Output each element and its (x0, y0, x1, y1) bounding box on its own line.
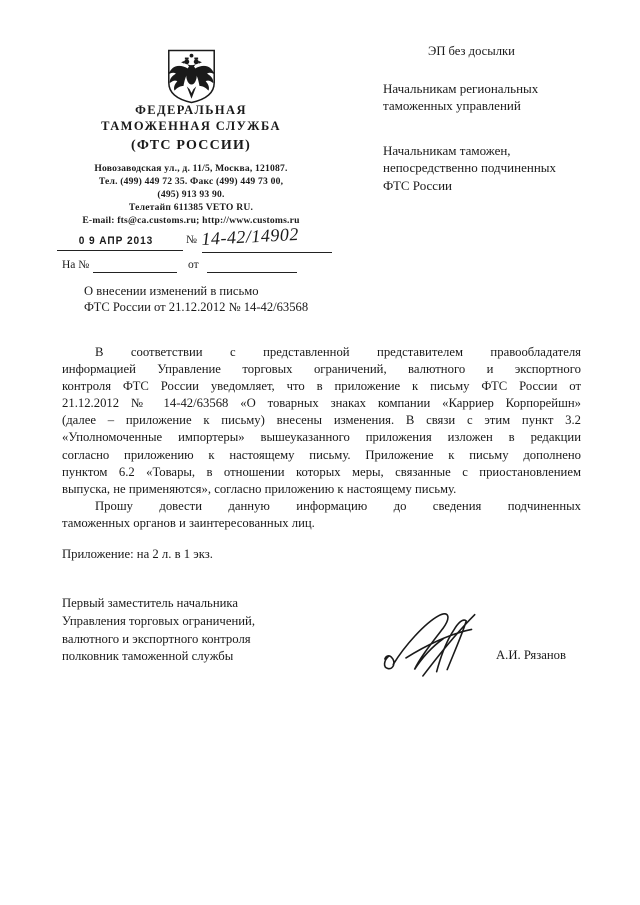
org-header: ФЕДЕРАЛЬНАЯ ТАМОЖЕННАЯ СЛУЖБА (ФТС РОССИ… (30, 103, 352, 154)
body-line: согласно приложению к настоящему письму.… (62, 447, 581, 464)
address-line: (495) 913 93 90. (30, 189, 352, 202)
org-name-line2: ТАМОЖЕННАЯ СЛУЖБА (30, 119, 352, 135)
addressee-line: ФТС России (383, 177, 593, 194)
body-line: таможенных органов и заинтересованных ли… (62, 515, 581, 532)
addressee-line: таможенных управлений (383, 97, 583, 114)
body-line: информацией Управление торговых ограниче… (62, 361, 581, 378)
addressee-regional: Начальникам региональных таможенных упра… (383, 80, 583, 115)
letter-page: ФЕДЕРАЛЬНАЯ ТАМОЖЕННАЯ СЛУЖБА (ФТС РОССИ… (0, 0, 640, 905)
subject-line: О внесении изменений в письмо (84, 283, 384, 299)
addressee-line: Начальникам региональных (383, 80, 583, 97)
addressee-line: Начальникам таможен, (383, 142, 593, 159)
body-line: (далее – приложение к письму) внесены из… (62, 412, 581, 429)
address-line: Тел. (499) 449 72 35. Факс (499) 449 73 … (30, 176, 352, 189)
org-address-block: Новозаводская ул., д. 11/5, Москва, 1210… (30, 163, 352, 228)
electronic-dispatch-note: ЭП без досылки (428, 44, 515, 59)
signer-position-line: Управления торговых ограничений, (62, 613, 322, 631)
date-underline (57, 250, 183, 251)
addressee-line: непосредственно подчиненных (383, 159, 593, 176)
attachment-note: Приложение: на 2 л. в 1 экз. (62, 547, 213, 562)
ref-number-underline (93, 272, 177, 273)
addressee-customs: Начальникам таможен, непосредственно под… (383, 142, 593, 194)
number-sign: № (186, 234, 197, 246)
letter-body: В соответствии с представленной представ… (62, 344, 581, 532)
signer-position-line: Первый заместитель начальника (62, 595, 322, 613)
ref-date-underline (207, 272, 297, 273)
address-line: Телетайп 611385 VETO RU. (30, 202, 352, 215)
handwritten-signature-icon (378, 603, 490, 677)
date-stamp: 0 9 АПР 2013 (58, 235, 174, 247)
russia-coat-of-arms-icon (165, 48, 218, 104)
org-name-line1: ФЕДЕРАЛЬНАЯ (30, 103, 352, 119)
signer-name: А.И. Рязанов (496, 648, 566, 663)
number-underline (202, 252, 332, 253)
address-line: Новозаводская ул., д. 11/5, Москва, 1210… (30, 163, 352, 176)
body-line: «Уполномоченные импортеры» вышеуказанног… (62, 429, 581, 446)
ref-number-label: На № (62, 259, 89, 271)
body-line: В соответствии с представленной представ… (62, 344, 581, 361)
signer-position-line: полковник таможенной службы (62, 648, 322, 666)
org-short-name: (ФТС РОССИИ) (30, 138, 352, 154)
signer-position: Первый заместитель начальника Управления… (62, 595, 322, 666)
body-line: пунктом 6.2 «Товары, в отношении которых… (62, 464, 581, 481)
signer-position-line: валютного и экспортного контроля (62, 631, 322, 649)
body-line: контроля ФТС России уведомляет, что в пр… (62, 378, 581, 395)
subject-line: ФТС России от 21.12.2012 № 14-42/63568 (84, 299, 384, 315)
subject-block: О внесении изменений в письмо ФТС России… (84, 283, 384, 316)
ref-date-label: от (188, 259, 199, 271)
body-line: 21.12.2012 № 14-42/63568 «О товарных зна… (62, 395, 581, 412)
body-line: Прошу довести данную информацию до сведе… (62, 498, 581, 515)
body-line: выпуска, не применяются», согласно прило… (62, 481, 581, 498)
